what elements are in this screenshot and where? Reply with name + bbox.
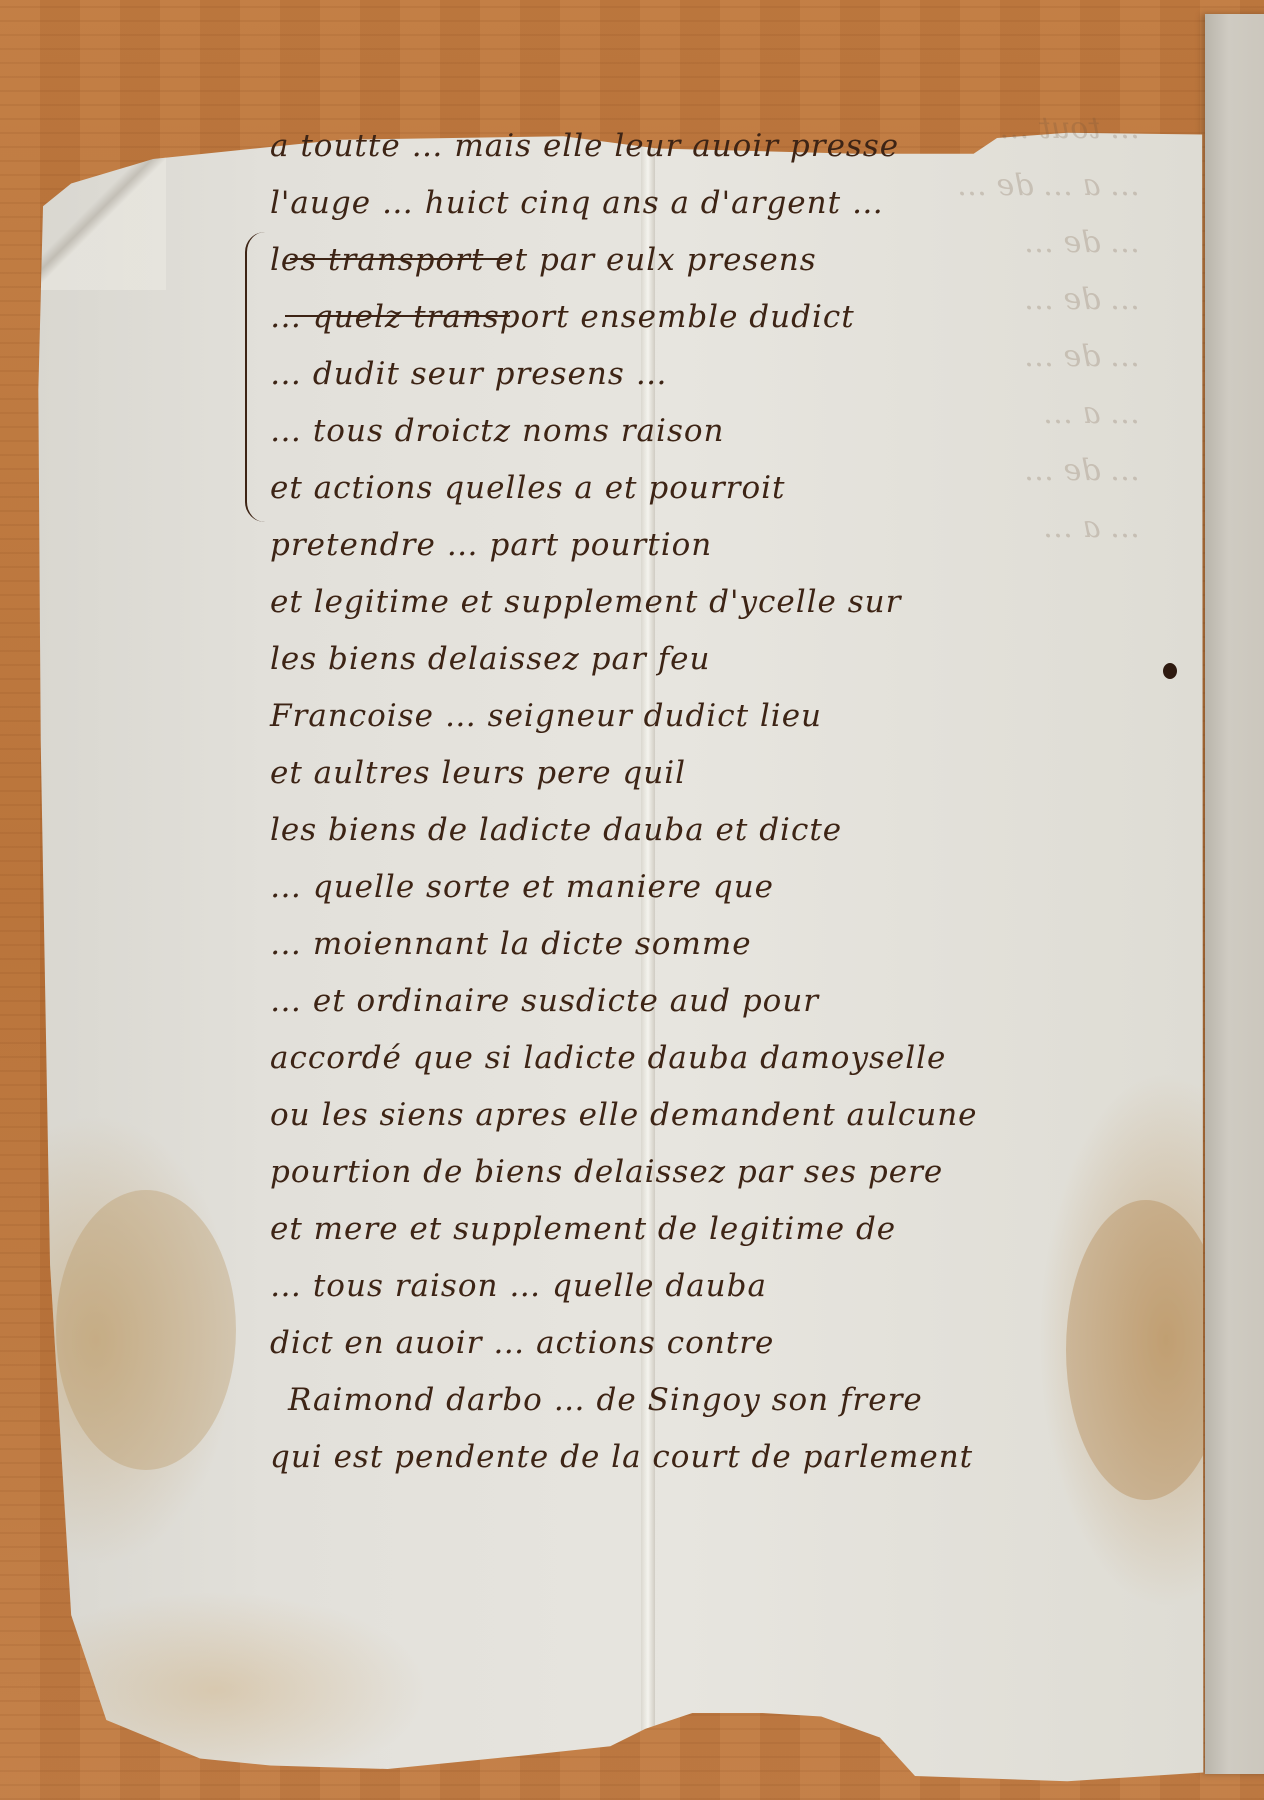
text-line: les biens delaissez par feu [270,631,1170,688]
strikethrough-line [290,258,510,260]
second-sheet-edge [1205,14,1264,1774]
text-line: les biens de ladicte dauba et dicte [270,802,1170,859]
text-line: les transport et par eulx presens [270,232,1170,289]
text-line: pretendre … part pourtion [270,517,1170,574]
strikethrough-line [285,315,510,317]
text-line: … et ordinaire susdicte aud pour [270,973,1170,1030]
text-line: a toutte … mais elle leur auoir presse [270,118,1170,175]
text-line: pourtion de biens delaissez par ses pere [270,1144,1170,1201]
text-line: Raimond darbo … de Singoy son frere [270,1372,1170,1429]
text-line: … quelz transport ensemble dudict [270,289,1170,346]
text-line: ou les siens apres elle demandent aulcun… [270,1087,1170,1144]
text-line: et actions quelles a et pourroit [270,460,1170,517]
text-line: l'auge … huict cinq ans a d'argent … [270,175,1170,232]
water-stain-left [56,1190,236,1470]
manuscript-text: a toutte … mais elle leur auoir presse l… [270,118,1170,1486]
text-line: … dudit seur presens … [270,346,1170,403]
text-line: … moiennant la dicte somme [270,916,1170,973]
text-line: dict en auoir … actions contre [270,1315,1170,1372]
ink-blot [1163,663,1177,679]
text-line: … tous droictz noms raison [270,403,1170,460]
text-line: Francoise … seigneur dudict lieu [270,688,1170,745]
text-line: et mere et supplement de legitime de [270,1201,1170,1258]
text-line: qui est pendente de la court de parlemen… [270,1429,1170,1486]
text-line: … quelle sorte et maniere que [270,859,1170,916]
text-line: et aultres leurs pere quil [270,745,1170,802]
margin-bracket [245,232,271,522]
text-line: accordé que si ladicte dauba damoyselle [270,1030,1170,1087]
text-line: … tous raison … quelle dauba [270,1258,1170,1315]
text-line: et legitime et supplement d'ycelle sur [270,574,1170,631]
